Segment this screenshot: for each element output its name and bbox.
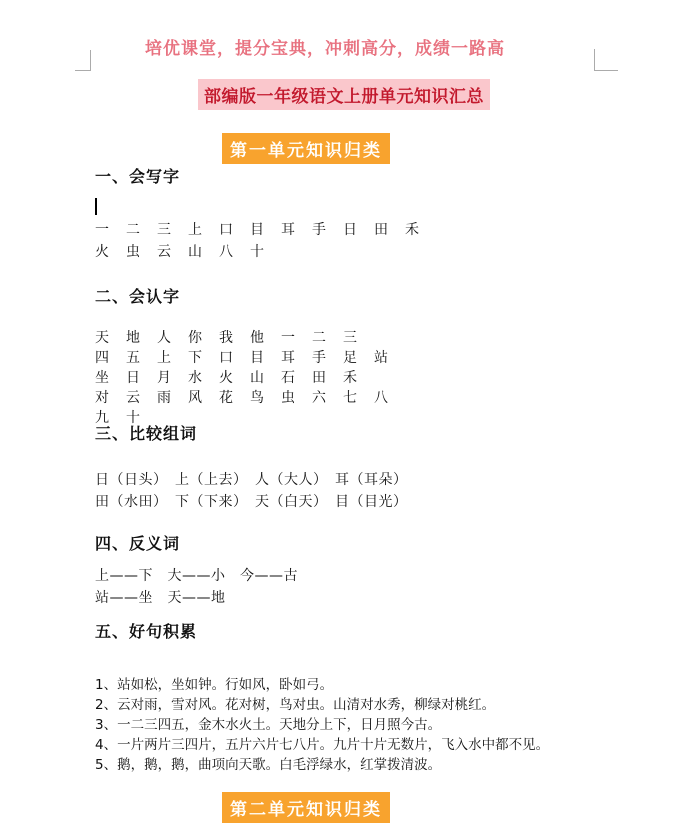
section-3-heading[interactable]: 三、比较组词 xyxy=(95,421,197,444)
recognize-row[interactable]: 对 云 雨 风 花 鸟 虫 六 七 八 xyxy=(95,388,390,408)
margin-crop-mark-top-right xyxy=(594,49,618,71)
sentence-row[interactable]: 2、云对雨，雪对风。花对树，鸟对虫。山清对水秀，柳绿对桃红。 xyxy=(95,695,549,715)
write-row[interactable]: 一 二 三 上 口 目 耳 手 日 田 禾 xyxy=(95,219,421,241)
document-title[interactable]: 部编版一年级语文上册单元知识汇总 xyxy=(198,79,490,110)
document-page: 培优课堂，提分宝典，冲刺高分，成绩一路高 部编版一年级语文上册单元知识汇总 第一… xyxy=(0,0,684,831)
recognize-row[interactable]: 天 地 人 你 我 他 一 二 三 xyxy=(95,328,390,348)
recognize-characters-block: 天 地 人 你 我 他 一 二 三 四 五 上 下 口 目 耳 手 足 站 坐 … xyxy=(95,328,390,428)
sentence-row[interactable]: 3、一二三四五，金木水火土。天地分上下，日月照今古。 xyxy=(95,715,549,735)
section-2-heading[interactable]: 二、会认字 xyxy=(95,284,180,307)
antonyms-block: 上——下 大——小 今——古 站——坐 天——地 xyxy=(95,565,298,609)
text-caret xyxy=(95,198,97,215)
write-row[interactable]: 火 虫 云 山 八 十 xyxy=(95,241,421,263)
antonym-row[interactable]: 站——坐 天——地 xyxy=(95,587,298,609)
section-1-heading[interactable]: 一、会写字 xyxy=(95,164,180,187)
compare-row[interactable]: 田（水田） 下（下来） 天（白天） 目（目光） xyxy=(95,491,408,513)
recognize-row[interactable]: 四 五 上 下 口 目 耳 手 足 站 xyxy=(95,348,390,368)
unit1-banner[interactable]: 第一单元知识归类 xyxy=(222,133,390,164)
section-5-heading[interactable]: 五、好句积累 xyxy=(95,619,197,642)
compare-row[interactable]: 日（日头） 上（上去） 人（大人） 耳（耳朵） xyxy=(95,469,408,491)
unit2-banner[interactable]: 第二单元知识归类 xyxy=(222,792,390,823)
recognize-row[interactable]: 坐 日 月 水 火 山 石 田 禾 xyxy=(95,368,390,388)
margin-crop-mark-top-left xyxy=(75,50,91,71)
section-4-heading[interactable]: 四、反义词 xyxy=(95,531,180,554)
sentence-row[interactable]: 5、鹅，鹅，鹅，曲项向天歌。白毛浮绿水，红掌拨清波。 xyxy=(95,755,549,775)
sentences-block: 1、站如松，坐如钟。行如风，卧如弓。 2、云对雨，雪对风。花对树，鸟对虫。山清对… xyxy=(95,675,549,775)
compare-words-block: 日（日头） 上（上去） 人（大人） 耳（耳朵） 田（水田） 下（下来） 天（白天… xyxy=(95,469,408,513)
header-slogan[interactable]: 培优课堂，提分宝典，冲刺高分，成绩一路高 xyxy=(145,34,505,59)
write-characters-block: 一 二 三 上 口 目 耳 手 日 田 禾 火 虫 云 山 八 十 xyxy=(95,219,421,263)
sentence-row[interactable]: 4、一片两片三四片，五片六片七八片。九片十片无数片，飞入水中都不见。 xyxy=(95,735,549,755)
sentence-row[interactable]: 1、站如松，坐如钟。行如风，卧如弓。 xyxy=(95,675,549,695)
antonym-row[interactable]: 上——下 大——小 今——古 xyxy=(95,565,298,587)
